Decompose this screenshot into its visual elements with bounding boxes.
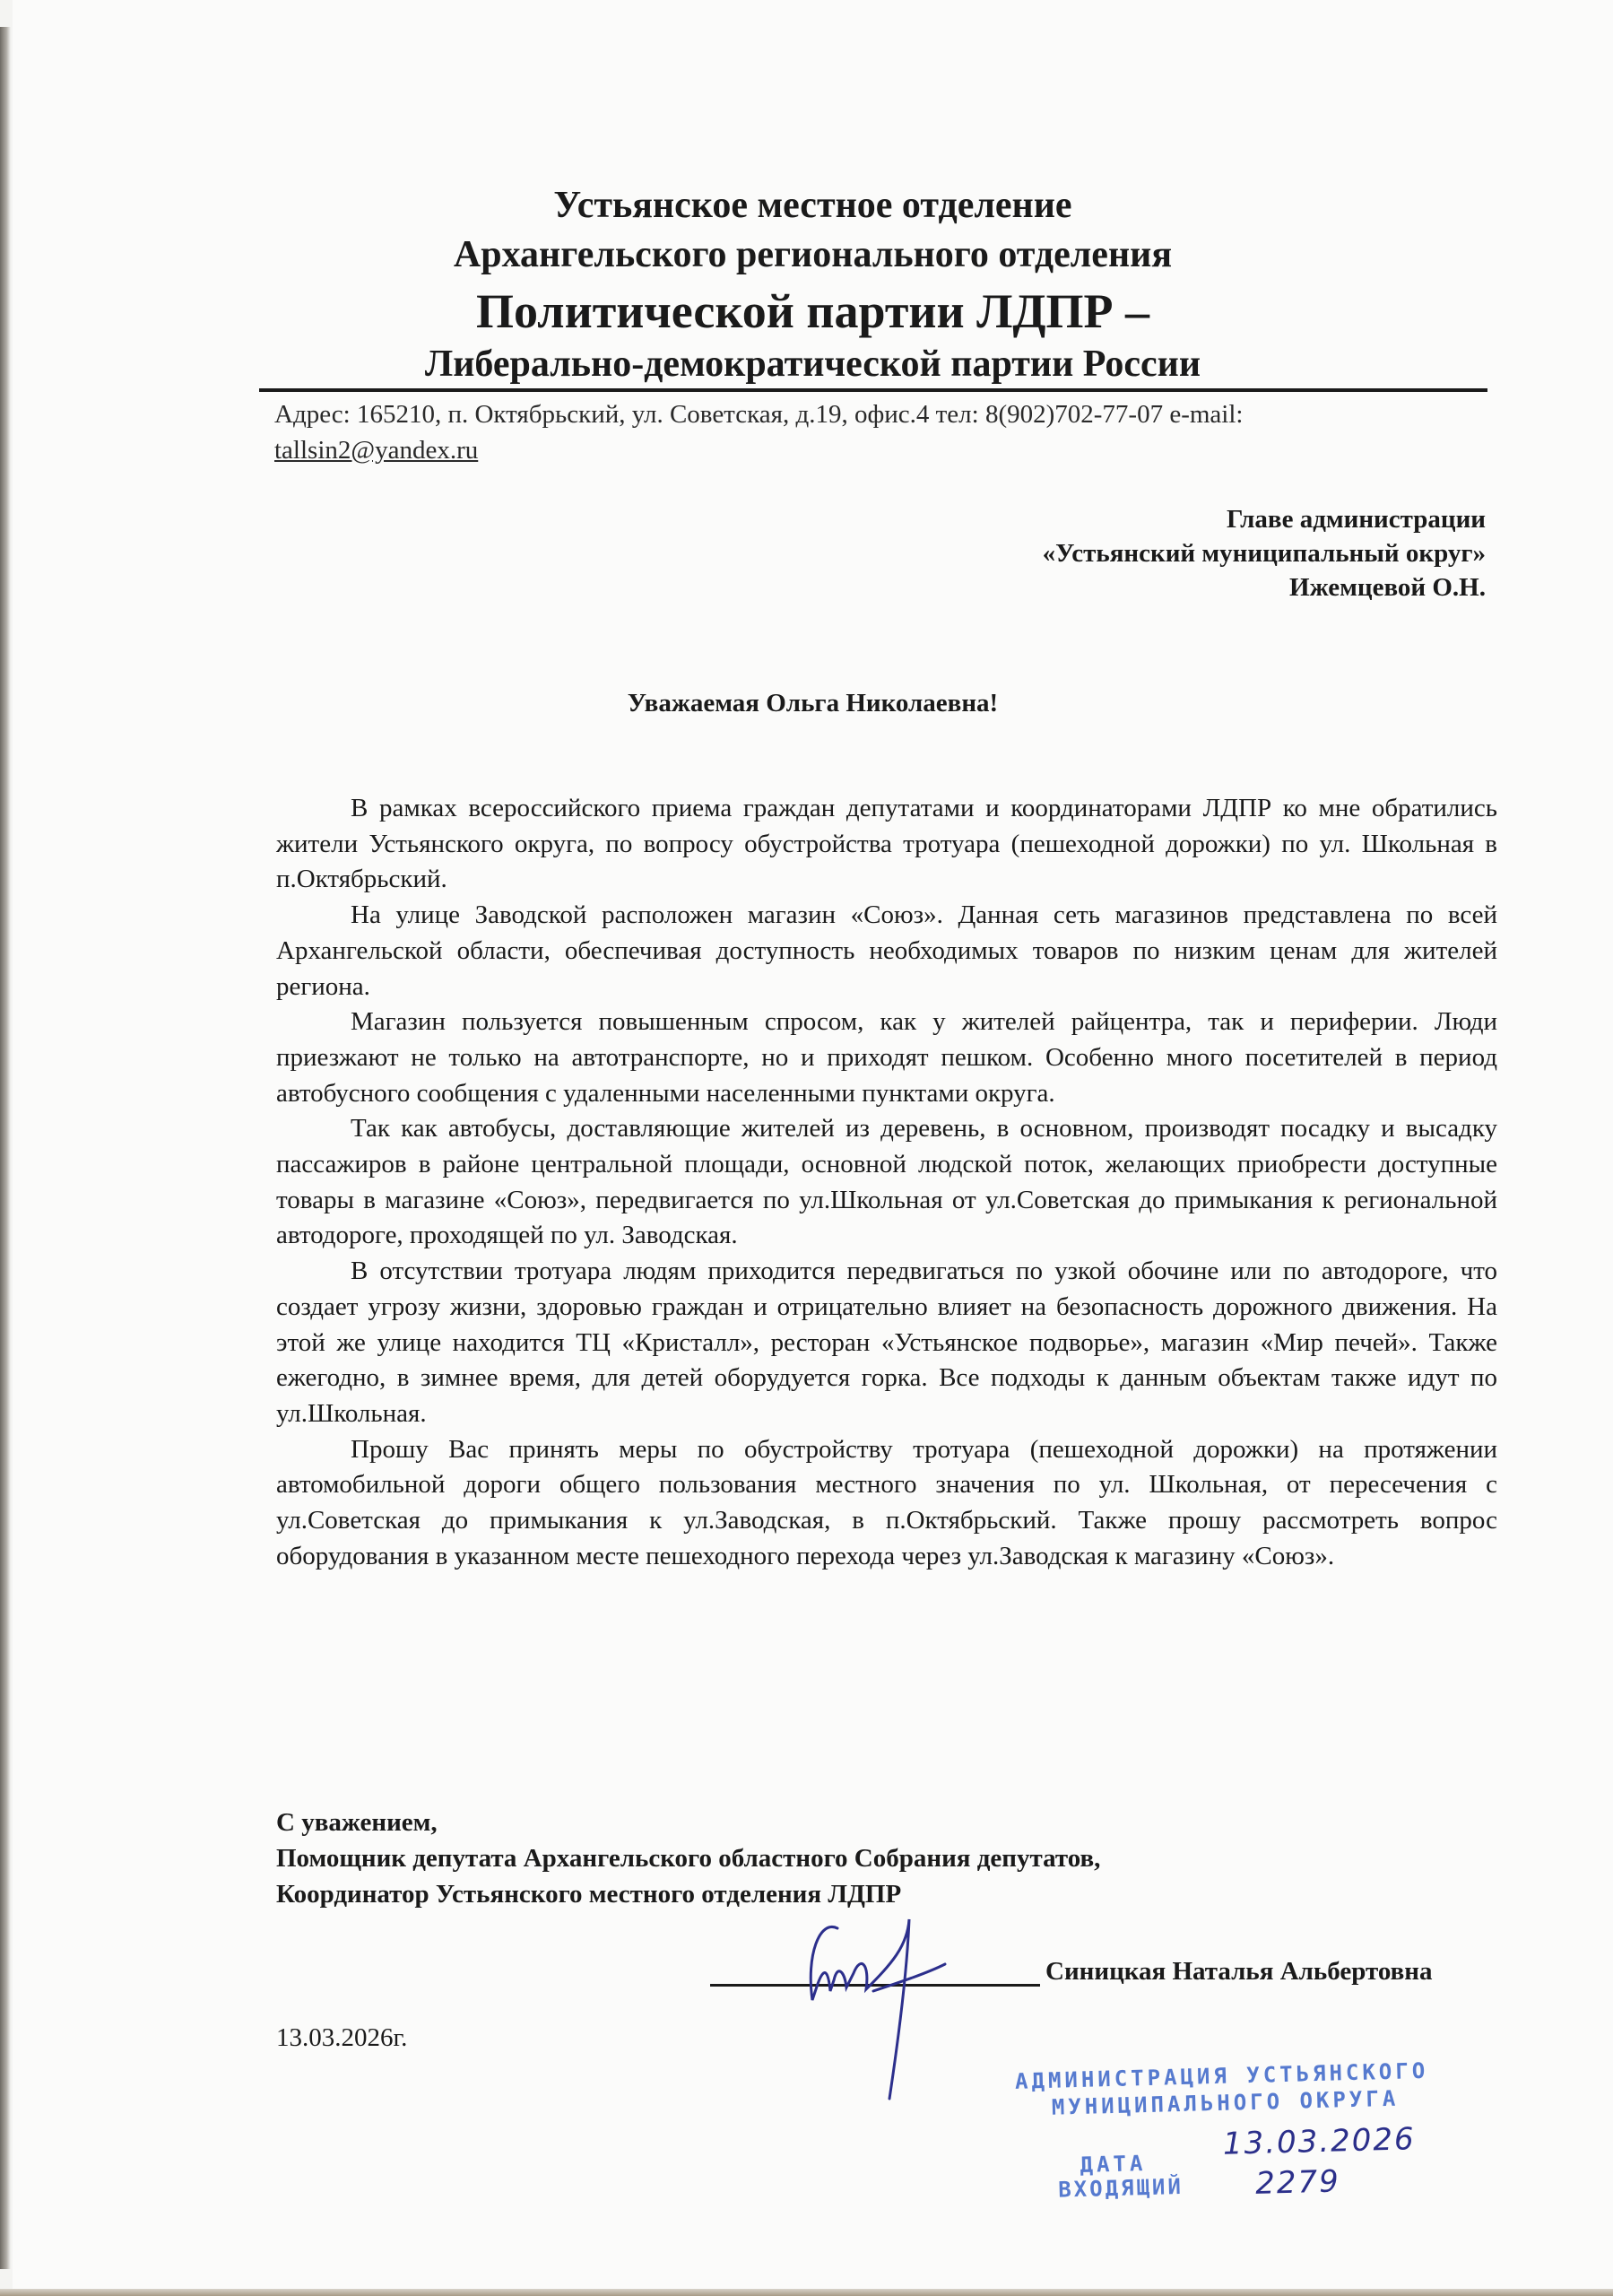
body-paragraph: Так как автобусы, доставляющие жителей и… [276, 1111, 1497, 1254]
letter-page: Устьянское местное отделение Архангельск… [13, 0, 1613, 2289]
closing-position: Помощник депутата Архангельского областн… [276, 1840, 1100, 1876]
letterhead-divider [259, 388, 1487, 392]
body-paragraph: Магазин пользуется повышенным спросом, к… [276, 1004, 1497, 1111]
greeting: Уважаемая Ольга Николаевна! [13, 689, 1613, 718]
body-paragraph: В рамках всероссийского приема граждан д… [276, 791, 1497, 898]
closing-salutation: С уважением, [276, 1805, 1100, 1840]
letterhead-line-2: Архангельского регионального отделения [13, 233, 1613, 276]
addressee-organization: «Устьянский муниципальный округ» [1043, 536, 1486, 570]
stamp-handwritten-date: 13.03.2026 [1222, 2121, 1416, 2162]
letterhead-address: Адрес: 165210, п. Октябрьский, ул. Совет… [274, 396, 1530, 468]
address-text: Адрес: 165210, п. Октябрьский, ул. Совет… [274, 400, 1243, 429]
stamp-incoming-label: ВХОДЯЩИЙ [1058, 2174, 1184, 2203]
page-shadow-bottom [0, 2289, 1613, 2296]
signer-name: Синицкая Наталья Альбертовна [1045, 1957, 1433, 1987]
signature-icon [802, 1901, 1008, 2117]
body-paragraph: На улице Заводской расположен магазин «С… [276, 898, 1497, 1004]
addressee-title: Главе администрации [1043, 502, 1486, 536]
letterhead-line-1: Устьянское местное отделение [13, 184, 1613, 227]
letter-date: 13.03.2026г. [276, 2023, 407, 2053]
letterhead-party-fullname: Либерально-демократической партии России [13, 343, 1613, 386]
page-shadow-left [0, 27, 11, 2269]
email-link[interactable]: tallsin2@yandex.ru [274, 436, 478, 465]
body-paragraph: В отсутствии тротуара людям приходится п… [276, 1254, 1497, 1432]
incoming-registration-stamp: АДМИНИСТРАЦИЯ УСТЬЯНСКОГО МУНИЦИПАЛЬНОГО… [1015, 2057, 1486, 2231]
closing-block: С уважением, Помощник депутата Архангель… [276, 1805, 1100, 1912]
stamp-date-label: ДАТА [1080, 2151, 1147, 2178]
letter-body: В рамках всероссийского приема граждан д… [276, 791, 1497, 1574]
letterhead-party-name: Политической партии ЛДПР – [13, 283, 1613, 339]
stamp-handwritten-number: 2279 [1255, 2163, 1341, 2201]
addressee-name: Ижемцевой О.Н. [1043, 570, 1486, 604]
addressee-block: Главе администрации «Устьянский муниципа… [1043, 502, 1486, 604]
body-paragraph: Прошу Вас принять меры по обустройству т… [276, 1432, 1497, 1575]
